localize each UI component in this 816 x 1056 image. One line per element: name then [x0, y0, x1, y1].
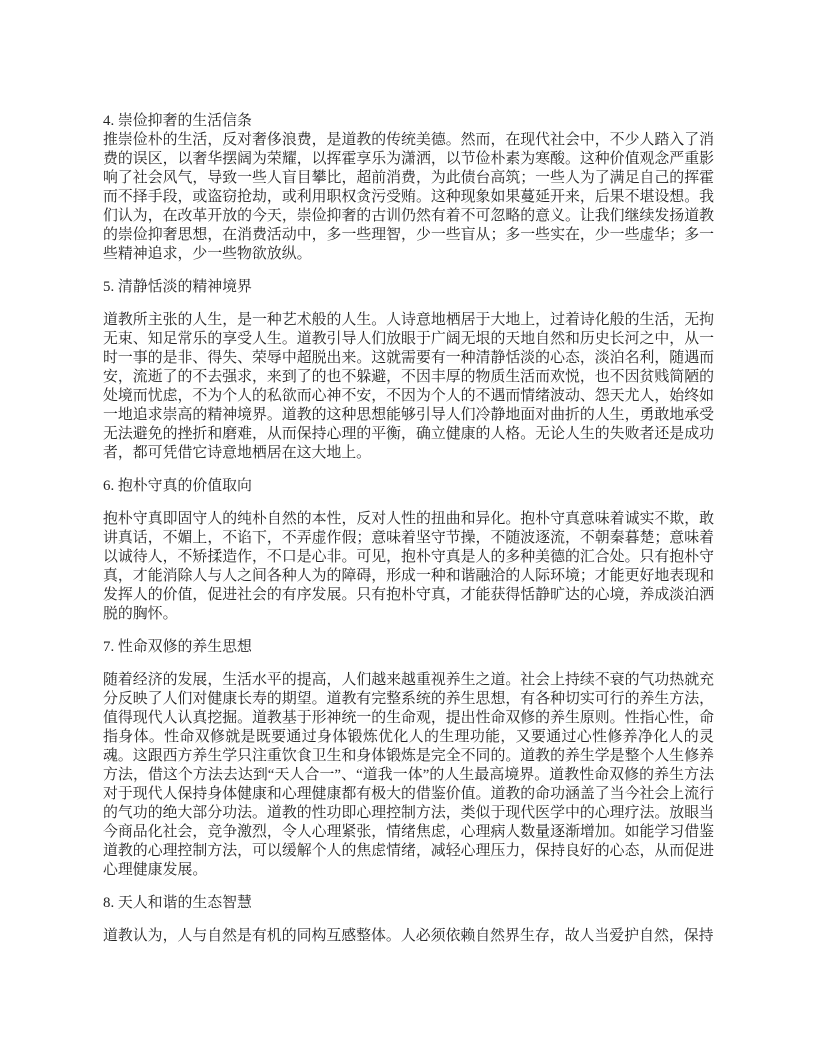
- section-4-heading: 4. 崇俭抑奢的生活信条: [103, 112, 714, 131]
- document-page: 4. 崇俭抑奢的生活信条 推崇俭朴的生活，反对奢侈浪费，是道教的传统美德。然而，…: [0, 0, 816, 1056]
- section-7-paragraph: 随着经济的发展，生活水平的提高，人们越来越重视养生之道。社会上持续不衰的气功热就…: [103, 671, 714, 880]
- section-4-paragraph: 推崇俭朴的生活，反对奢侈浪费，是道教的传统美德。然而，在现代社会中，不少人踏入了…: [103, 131, 714, 264]
- section-6: 6. 抱朴守真的价值取向 抱朴守真即固守人的纯朴自然的本性，反对人性的扭曲和异化…: [103, 477, 714, 624]
- section-7-heading: 7. 性命双修的养生思想: [103, 638, 714, 657]
- section-8-paragraph: 道教认为，人与自然是有机的同构互感整体。人必须依赖自然界生存，故人当爱护自然，保…: [103, 927, 714, 946]
- section-6-heading: 6. 抱朴守真的价值取向: [103, 477, 714, 496]
- document-content: 4. 崇俭抑奢的生活信条 推崇俭朴的生活，反对奢侈浪费，是道教的传统美德。然而，…: [103, 112, 714, 946]
- section-8: 8. 天人和谐的生态智慧 道教认为，人与自然是有机的同构互感整体。人必须依赖自然…: [103, 894, 714, 946]
- section-5-heading: 5. 清静恬淡的精神境界: [103, 278, 714, 297]
- section-8-heading: 8. 天人和谐的生态智慧: [103, 894, 714, 913]
- section-6-paragraph: 抱朴守真即固守人的纯朴自然的本性，反对人性的扭曲和异化。抱朴守真意味着诚实不欺，…: [103, 510, 714, 624]
- section-5: 5. 清静恬淡的精神境界 道教所主张的人生，是一种艺术般的人生。人诗意地栖居于大…: [103, 278, 714, 463]
- section-4: 4. 崇俭抑奢的生活信条 推崇俭朴的生活，反对奢侈浪费，是道教的传统美德。然而，…: [103, 112, 714, 264]
- section-7: 7. 性命双修的养生思想 随着经济的发展，生活水平的提高，人们越来越重视养生之道…: [103, 638, 714, 880]
- section-5-paragraph: 道教所主张的人生，是一种艺术般的人生。人诗意地栖居于大地上，过着诗化般的生活，无…: [103, 311, 714, 463]
